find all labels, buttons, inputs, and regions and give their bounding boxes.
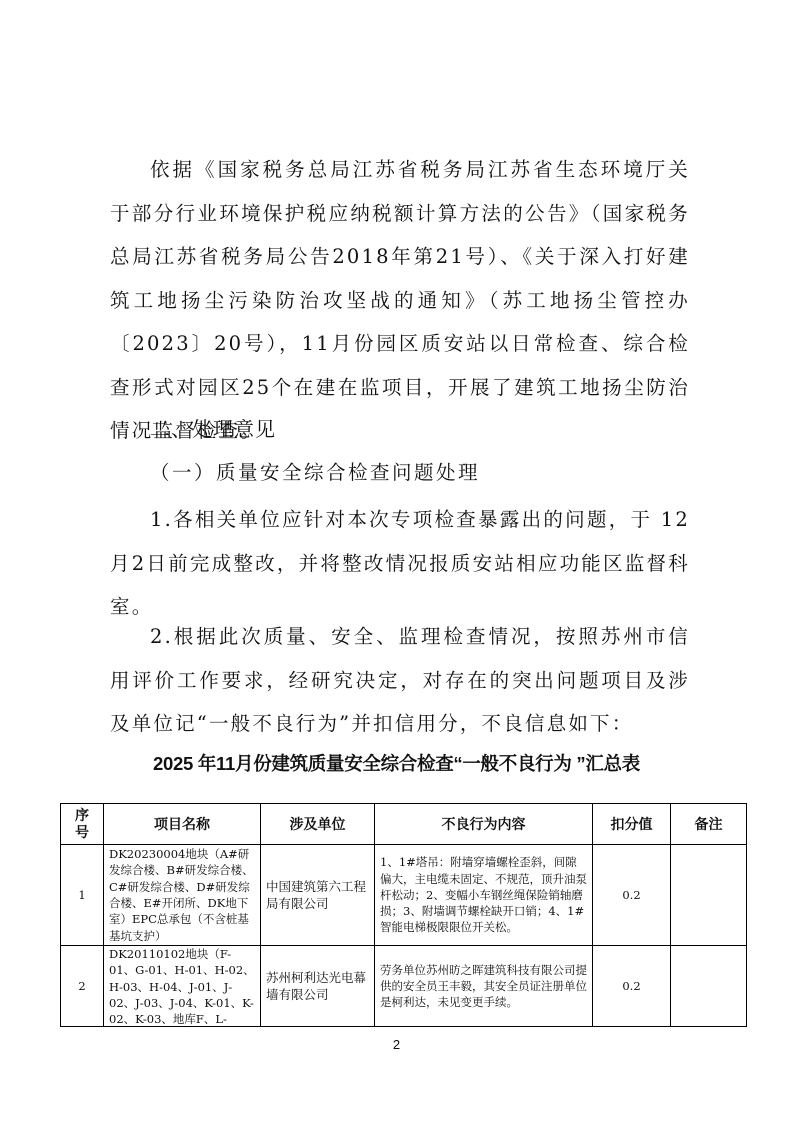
row-remark <box>671 845 747 946</box>
table-row: 1 DK20230004地块（A#研发综合楼、B#研发综合楼、C#研发综合楼、D… <box>61 845 747 946</box>
header-content: 不良行为内容 <box>375 804 593 845</box>
table-title: 2025 年11月份建筑质量安全综合检查“一般不良行为 ”汇总表 <box>0 750 793 776</box>
item-2-paragraph: 2.根据此次质量、安全、监理检查情况，按照苏州市信用评价工作要求，经研究决定，对… <box>110 615 690 746</box>
row-project: DK20110102地块（F-01、G-01、H-01、H-02、H-03、H-… <box>104 946 261 1027</box>
row-seq: 1 <box>61 845 104 946</box>
row-content: 劳务单位苏州昉之晖建筑科技有限公司提供的安全员王丰毅，其安全员证注册单位是柯利达… <box>375 946 593 1027</box>
table-header-row: 序号 项目名称 涉及单位 不良行为内容 扣分值 备注 <box>61 804 747 845</box>
header-unit: 涉及单位 <box>261 804 375 845</box>
header-remark: 备注 <box>671 804 747 845</box>
row-unit: 苏州柯利达光电幕墙有限公司 <box>261 946 375 1027</box>
subsection-heading: （一）质量安全综合检查问题处理 <box>150 457 480 485</box>
page-number: 2 <box>0 1037 793 1052</box>
table-row: 2 DK20110102地块（F-01、G-01、H-01、H-02、H-03、… <box>61 946 747 1027</box>
item-1-paragraph: 1.各相关单位应针对本次专项检查暴露出的问题，于 12月2日前完成整改，并将整改… <box>110 498 690 629</box>
row-content: 1、1#塔吊：附墙穿墙螺栓歪斜，间隙偏大，主电缆未固定、不规范，顶升油泵杆松动；… <box>375 845 593 946</box>
row-seq: 2 <box>61 946 104 1027</box>
row-deduction: 0.2 <box>593 946 671 1027</box>
header-deduction: 扣分值 <box>593 804 671 845</box>
section-heading: 二、处理意见 <box>150 413 276 442</box>
intro-paragraph: 依据《国家税务总局江苏省税务局江苏省生态环境厅关于部分行业环境保护税应纳税额计算… <box>110 148 690 453</box>
header-project: 项目名称 <box>104 804 261 845</box>
row-project: DK20230004地块（A#研发综合楼、B#研发综合楼、C#研发综合楼、D#研… <box>104 845 261 946</box>
bad-behavior-summary-table: 序号 项目名称 涉及单位 不良行为内容 扣分值 备注 1 DK20230004地… <box>60 803 747 1027</box>
row-deduction: 0.2 <box>593 845 671 946</box>
row-remark <box>671 946 747 1027</box>
header-seq: 序号 <box>61 804 104 845</box>
row-unit: 中国建筑第六工程局有限公司 <box>261 845 375 946</box>
